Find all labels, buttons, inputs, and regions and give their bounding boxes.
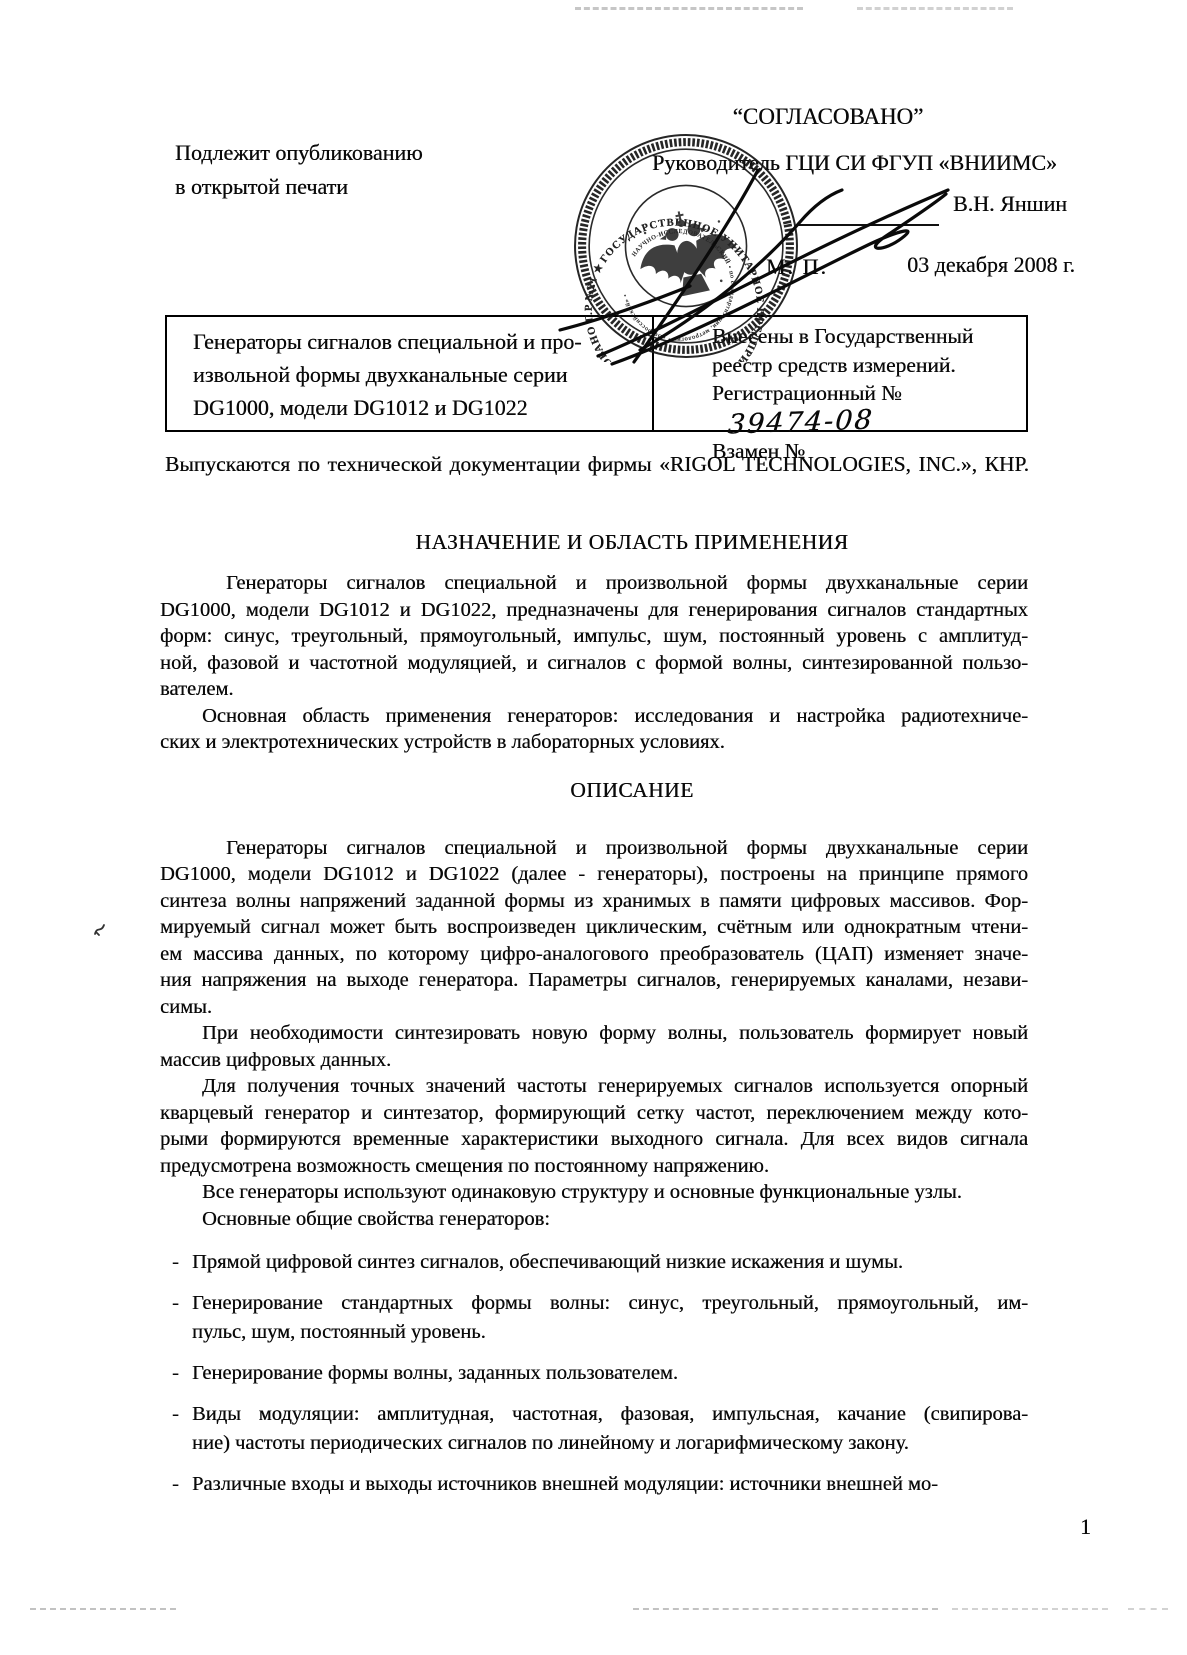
text-line: форм: синус, треугольный, прямоугольный,… — [160, 623, 1028, 650]
replaces-label: Взамен № — [712, 437, 1022, 466]
text-line: синтеза волны напряжений заданной формы … — [160, 888, 1028, 915]
text-line: мируемый сигнал может быть воспроизведен… — [160, 914, 1028, 941]
approver-name: В.Н. Яншин — [953, 191, 1067, 217]
text-line: DG1000, модели DG1012 и DG1022 (далее - … — [160, 861, 1028, 888]
bullet-dash: - — [172, 1359, 179, 1388]
text-line: пульс, шум, постоянный уровень. — [192, 1318, 1028, 1347]
text-line: Основная область применения генераторов:… — [160, 703, 1028, 730]
text-line: Генераторы сигналов специальной и произв… — [160, 570, 1028, 597]
feature-item: - Прямой цифровой синтез сигналов, обесп… — [160, 1248, 1028, 1277]
scanned-document-page: Подлежит опубликованию в открытой печати… — [0, 0, 1187, 1655]
text-line: Все генераторы используют одинаковую стр… — [160, 1179, 1028, 1206]
feature-item: - Различные входы и выходы источников вн… — [160, 1470, 1028, 1499]
text-line: ние) частоты периодических сигналов по л… — [192, 1429, 1028, 1458]
scan-artifact — [952, 1608, 1108, 1610]
text-line: Виды модуляции: амплитудная, частотная, … — [192, 1400, 1028, 1429]
text-line: ной, фазовой и частотной модуляцией, и с… — [160, 650, 1028, 677]
bullet-dash: - — [172, 1248, 179, 1277]
text-line: Различные входы и выходы источников внеш… — [192, 1470, 1028, 1499]
page-number: 1 — [1080, 1514, 1091, 1540]
feature-item: - Генерирование формы волны, заданных по… — [160, 1359, 1028, 1388]
feature-item: - Генерирование стандартных формы волны:… — [160, 1289, 1028, 1347]
text-line: Генерирование формы волны, заданных поль… — [192, 1359, 1028, 1388]
agreed-label: “СОГЛАСОВАНО” — [668, 104, 988, 130]
section-heading-purpose: НАЗНАЧЕНИЕ И ОБЛАСТЬ ПРИМЕНЕНИЯ — [198, 528, 1066, 556]
subject-title-line: извольной формы двухканальные серии — [193, 358, 642, 391]
text-line: DG1000, модели DG1012 и DG1022, предназн… — [160, 597, 1028, 624]
seal-mark-note: М. П. — [766, 254, 828, 280]
text-line: ния напряжения на выходе генератора. Пар… — [160, 967, 1028, 994]
subject-title-line: DG1000, модели DG1012 и DG1022 — [193, 391, 642, 424]
feature-item: - Виды модуляции: амплитудная, частотная… — [160, 1400, 1028, 1458]
registration-number-label: Регистрационный № — [712, 381, 902, 405]
text-line: рыми формируются временные характеристик… — [160, 1126, 1028, 1153]
scan-artifact — [30, 1608, 176, 1610]
text-line: массив цифровых данных. — [160, 1047, 1028, 1074]
text-line: Генераторы сигналов специальной и произв… — [160, 835, 1028, 862]
bullet-dash: - — [172, 1400, 179, 1429]
scan-artifact — [633, 1608, 938, 1610]
section-heading-description: ОПИСАНИЕ — [198, 776, 1066, 804]
text-line: предусмотрена возможность смещения по по… — [160, 1153, 1028, 1180]
text-line: При необходимости синтезировать новую фо… — [160, 1020, 1028, 1047]
text-line: ских и электротехнических устройств в ла… — [160, 729, 1028, 756]
approval-date: 03 декабря 2008 г. — [907, 252, 1075, 278]
bullet-dash: - — [172, 1470, 179, 1499]
bullet-dash: - — [172, 1289, 179, 1318]
text-line: симы. — [160, 994, 1028, 1021]
ink-mark — [92, 920, 110, 938]
official-stamp: ГОСУДАРСТВЕННОЕ УНИТАРНОЕ ПРЕДПРИЯТИЕ ★ … — [570, 130, 802, 362]
text-line: Для получения точных значений частоты ге… — [160, 1073, 1028, 1100]
text-line: Генерирование стандартных формы волны: с… — [192, 1289, 1028, 1318]
publish-note-line: Подлежит опубликованию — [175, 136, 423, 170]
publish-note-line: в открытой печати — [175, 170, 423, 204]
scan-artifact — [1128, 1608, 1168, 1610]
scan-artifact — [575, 7, 803, 10]
registration-number-handwritten: 39474-08 — [727, 406, 875, 440]
scan-artifact — [857, 7, 1013, 10]
text-line: вателем. — [160, 676, 1028, 703]
text-line: Прямой цифровой синтез сигналов, обеспеч… — [192, 1248, 1028, 1277]
text-line: Основные общие свойства генераторов: — [160, 1206, 1028, 1233]
stamp-eagle-icon — [630, 201, 744, 303]
registration-number-row: Регистрационный №39474-08 — [712, 379, 1022, 437]
publish-note: Подлежит опубликованию в открытой печати — [175, 136, 423, 204]
signature-line — [797, 224, 939, 226]
document-body: НАЗНАЧЕНИЕ И ОБЛАСТЬ ПРИМЕНЕНИЯ Генерато… — [160, 528, 1028, 1499]
text-line: кварцевый генератор и синтезатор, формир… — [160, 1100, 1028, 1127]
text-line: ем массива данных, по которому цифро-ана… — [160, 941, 1028, 968]
